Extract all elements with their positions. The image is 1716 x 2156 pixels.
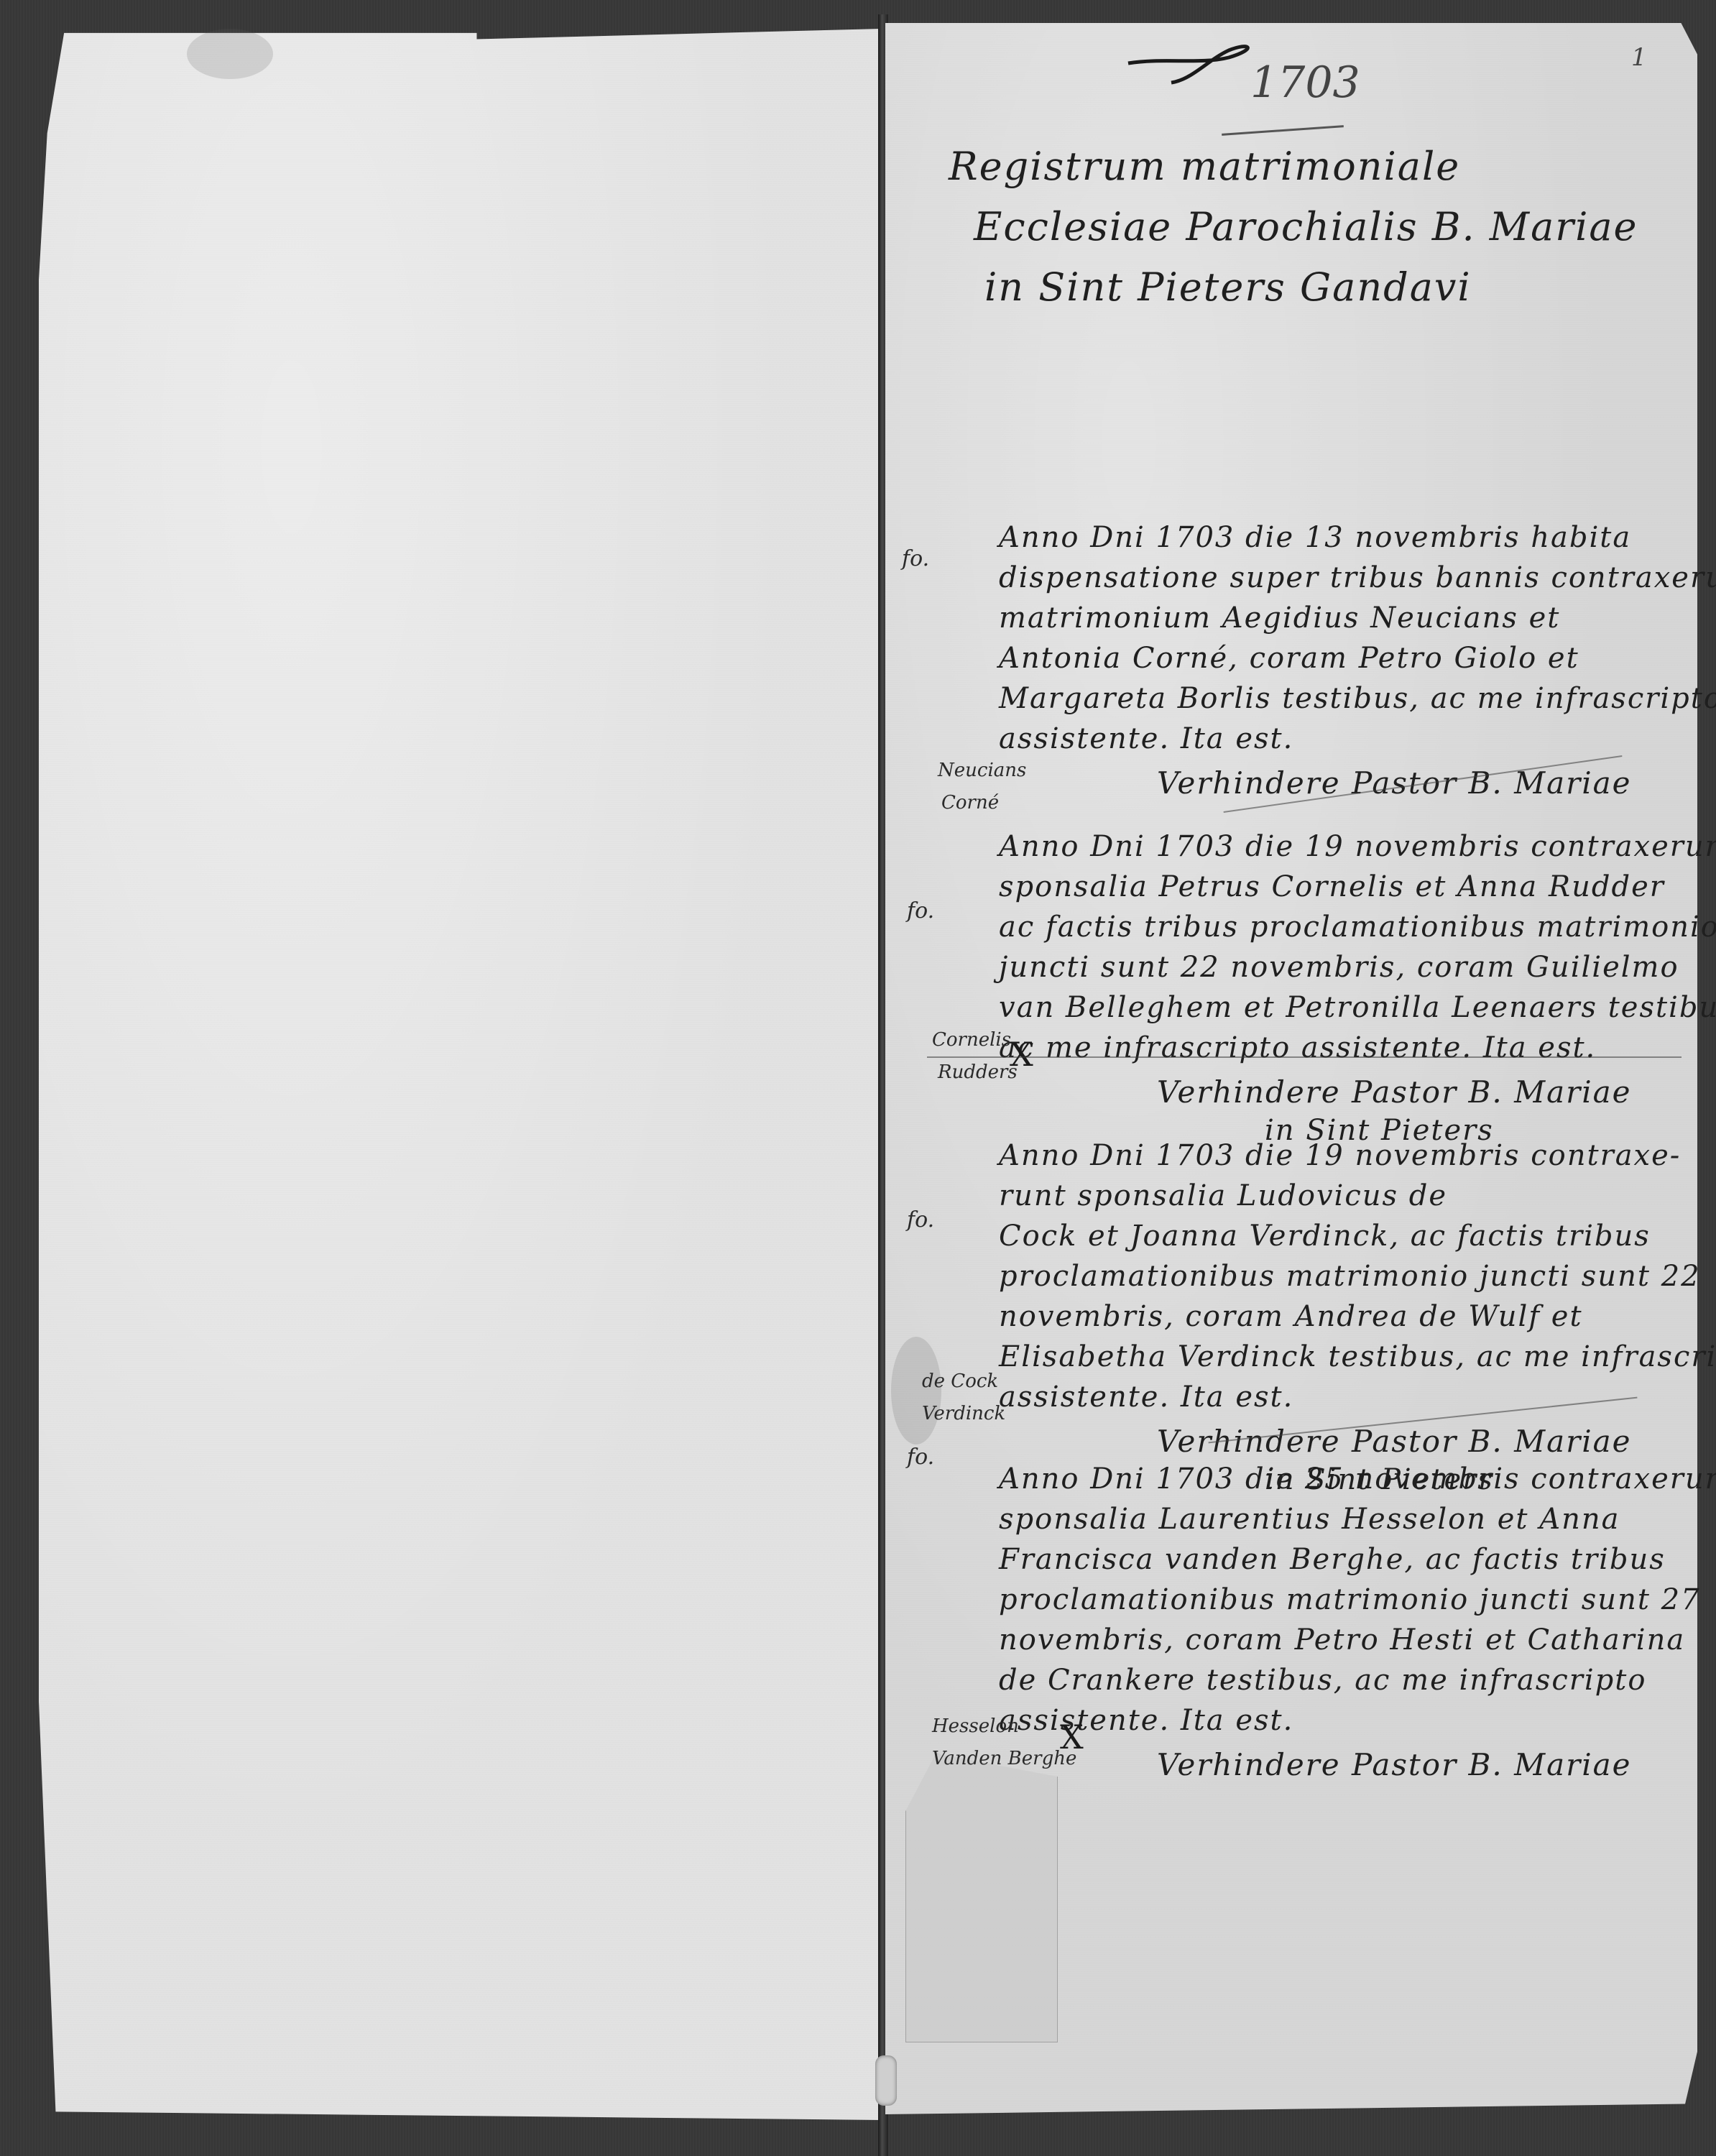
- pastor-signature: Verhindere Pastor B. Mariae: [956, 1422, 1674, 1462]
- binding-tab: [875, 2055, 897, 2106]
- margin-folio-mark: fo.: [907, 1207, 934, 1233]
- entry-line: assistente. Ita est.: [999, 719, 1674, 759]
- register-title: Registrum matrimoniale Ecclesiae Parochi…: [934, 137, 1624, 318]
- entry-divider: [927, 1056, 1682, 1058]
- entry-line: de Crankere testibus, ac me infrascripto: [999, 1660, 1674, 1700]
- paper-repair-patch: [905, 1754, 1058, 2042]
- entry-line: proclamationibus matrimonio juncti sunt …: [999, 1580, 1674, 1620]
- margin-name: Hesselon: [932, 1714, 1019, 1738]
- pastor-signature: Verhindere Pastor B. Mariae: [956, 763, 1674, 803]
- entry-line: ac me infrascripto assistente. Ita est.: [999, 1028, 1674, 1068]
- entry-line: Anno Dni 1703 die 19 novembris contraxer…: [999, 826, 1674, 867]
- entry-line: Elisabetha Verdinck testibus, ac me infr…: [999, 1337, 1674, 1377]
- entry-line: Anno Dni 1703 die 19 novembris contraxe-: [999, 1135, 1674, 1176]
- entry-line: proclamationibus matrimonio juncti sunt …: [999, 1256, 1674, 1296]
- water-stain: [187, 29, 273, 79]
- margin-cross-mark: X: [1010, 1035, 1033, 1074]
- entry-line: juncti sunt 22 novembris, coram Guilielm…: [999, 947, 1674, 987]
- entry-line: Antonia Corné, coram Petro Giolo et: [999, 638, 1674, 678]
- margin-name: Cornelis: [932, 1028, 1011, 1052]
- entry-line: matrimonium Aegidius Neucians et: [999, 598, 1674, 638]
- entry-line: Anno Dni 1703 die 13 novembris habita: [999, 517, 1674, 558]
- margin-folio-mark: fo.: [902, 546, 929, 571]
- margin-folio-mark: fo.: [907, 898, 934, 923]
- entry-line: ac factis tribus proclamationibus matrim…: [999, 907, 1674, 947]
- register-entry-2: Anno Dni 1703 die 19 novembris contraxer…: [956, 826, 1674, 1148]
- margin-name: Verdinck: [922, 1401, 1005, 1426]
- title-line: Ecclesiae Parochialis B. Mariae: [934, 197, 1624, 257]
- entry-line: novembris, coram Petro Hesti et Catharin…: [999, 1620, 1674, 1660]
- page-number: 1: [1631, 43, 1647, 72]
- margin-cross-mark: X: [1060, 1718, 1084, 1756]
- entry-line: sponsalia Laurentius Hesselon et Anna: [999, 1499, 1674, 1539]
- entry-line: assistente. Ita est.: [999, 1377, 1674, 1417]
- margin-name: Neucians: [938, 758, 1026, 783]
- entry-line: van Belleghem et Petronilla Leenaers tes…: [999, 987, 1674, 1028]
- margin-name: Corné: [941, 791, 999, 815]
- title-line: in Sint Pieters Gandavi: [934, 257, 1624, 318]
- margin-name: de Cock: [922, 1369, 998, 1393]
- header-flourish-icon: [1121, 43, 1265, 86]
- register-entry-3: Anno Dni 1703 die 19 novembris contraxe-…: [956, 1135, 1674, 1498]
- entry-line: Anno Dni 1703 die 25 novembris contraxer…: [999, 1459, 1674, 1499]
- year-header: 1703: [1250, 57, 1360, 108]
- left-page-blank: [39, 29, 881, 2120]
- entry-line: Francisca vanden Berghe, ac factis tribu…: [999, 1539, 1674, 1580]
- entry-line: Cock et Joanna Verdinck, ac factis tribu…: [999, 1216, 1674, 1256]
- margin-name: Vanden Berghe: [932, 1746, 1076, 1771]
- register-entry-1: Anno Dni 1703 die 13 novembris habita di…: [956, 517, 1674, 803]
- entry-line: runt sponsalia Ludovicus de: [999, 1176, 1674, 1216]
- entry-line: dispensatione super tribus bannis contra…: [999, 558, 1674, 598]
- title-line: Registrum matrimoniale: [934, 137, 1624, 197]
- entry-line: Margareta Borlis testibus, ac me infrasc…: [999, 678, 1674, 719]
- entry-line: assistente. Ita est.: [999, 1700, 1674, 1741]
- entry-line: sponsalia Petrus Cornelis et Anna Rudder: [999, 867, 1674, 907]
- entry-line: novembris, coram Andrea de Wulf et: [999, 1296, 1674, 1337]
- pastor-signature: Verhindere Pastor B. Mariae: [956, 1072, 1674, 1112]
- margin-folio-mark: fo.: [907, 1445, 934, 1470]
- margin-name: Rudders: [938, 1060, 1018, 1084]
